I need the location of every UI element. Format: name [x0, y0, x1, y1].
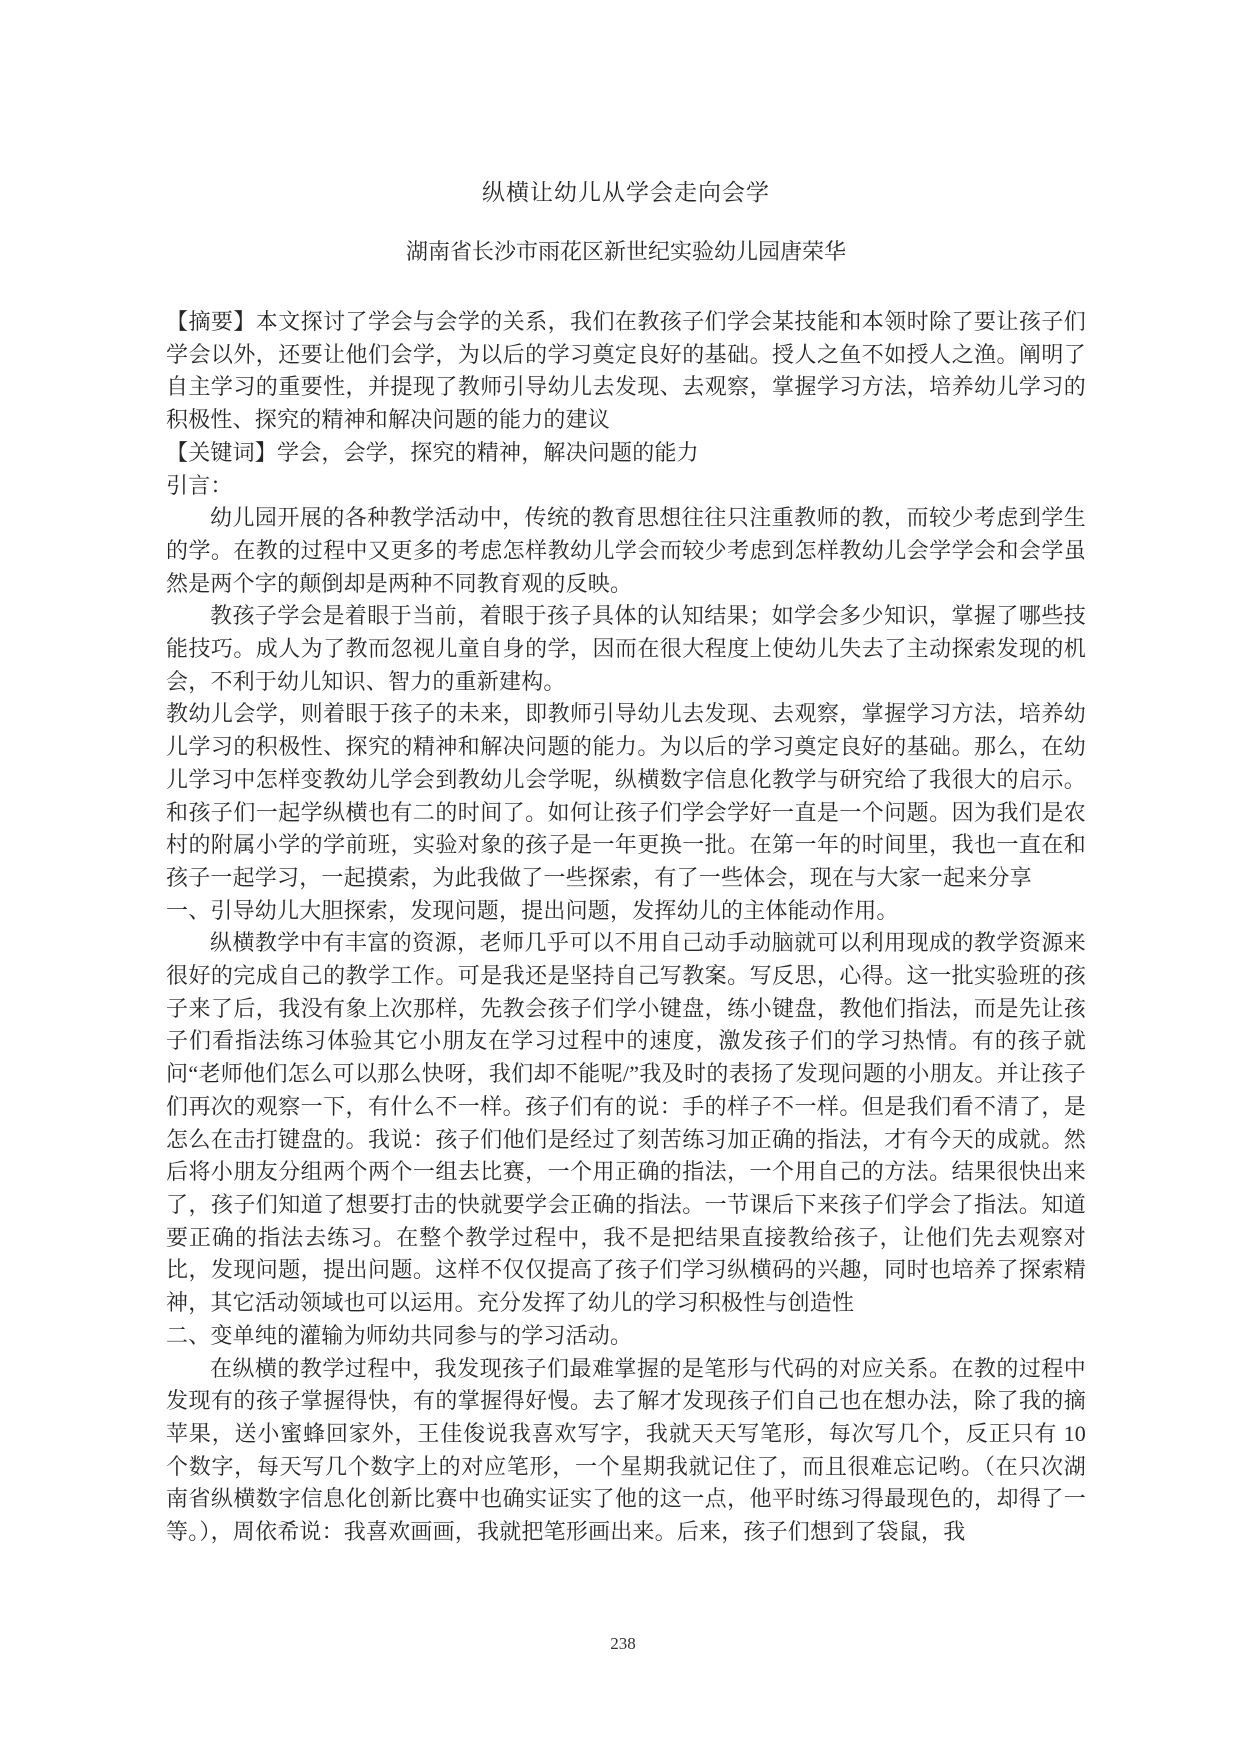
paragraph: 在纵横的教学过程中，我发现孩子们最难掌握的是笔形与代码的对应关系。在教的过程中发… — [166, 1353, 1086, 1549]
paragraph: 教幼儿会学，则着眼于孩子的未来，即教师引导幼儿去发现、去观察，掌握学习方法，培养… — [166, 698, 1086, 894]
document-content: 纵横让幼儿从学会走向会学 湖南省长沙市雨花区新世纪实验幼儿园唐荣华 【摘要】本文… — [166, 176, 1086, 1549]
page-title: 纵横让幼儿从学会走向会学 — [166, 176, 1086, 209]
paragraph: 教孩子学会是着眼于当前，着眼于孩子具体的认知结果；如学会多少知识，掌握了哪些技能… — [166, 600, 1086, 698]
section-heading-2: 二、变单纯的灌输为师幼共同参与的学习活动。 — [166, 1320, 1086, 1353]
paragraph: 幼儿园开展的各种教学活动中，传统的教育思想往往只注重教师的教，而较少考虑到学生的… — [166, 502, 1086, 600]
section-heading-1: 一、引导幼儿大胆探索，发现问题，提出问题，发挥幼儿的主体能动作用。 — [166, 895, 1086, 928]
document-body: 【摘要】本文探讨了学会与会学的关系，我们在教孩子们学会某技能和本领时除了要让孩子… — [166, 306, 1086, 1549]
page-number: 238 — [0, 1634, 1246, 1654]
author-line: 湖南省长沙市雨花区新世纪实验幼儿园唐荣华 — [166, 235, 1086, 268]
paragraph-abstract: 【摘要】本文探讨了学会与会学的关系，我们在教孩子们学会某技能和本领时除了要让孩子… — [166, 306, 1086, 437]
paragraph: 纵横教学中有丰富的资源，老师几乎可以不用自己动手动脑就可以利用现成的教学资源来很… — [166, 927, 1086, 1319]
paragraph-keywords: 【关键词】学会，会学，探究的精神，解决问题的能力 — [166, 437, 1086, 470]
document-page: 纵横让幼儿从学会走向会学 湖南省长沙市雨花区新世纪实验幼儿园唐荣华 【摘要】本文… — [0, 0, 1246, 1763]
paragraph-intro-label: 引言： — [166, 470, 1086, 503]
